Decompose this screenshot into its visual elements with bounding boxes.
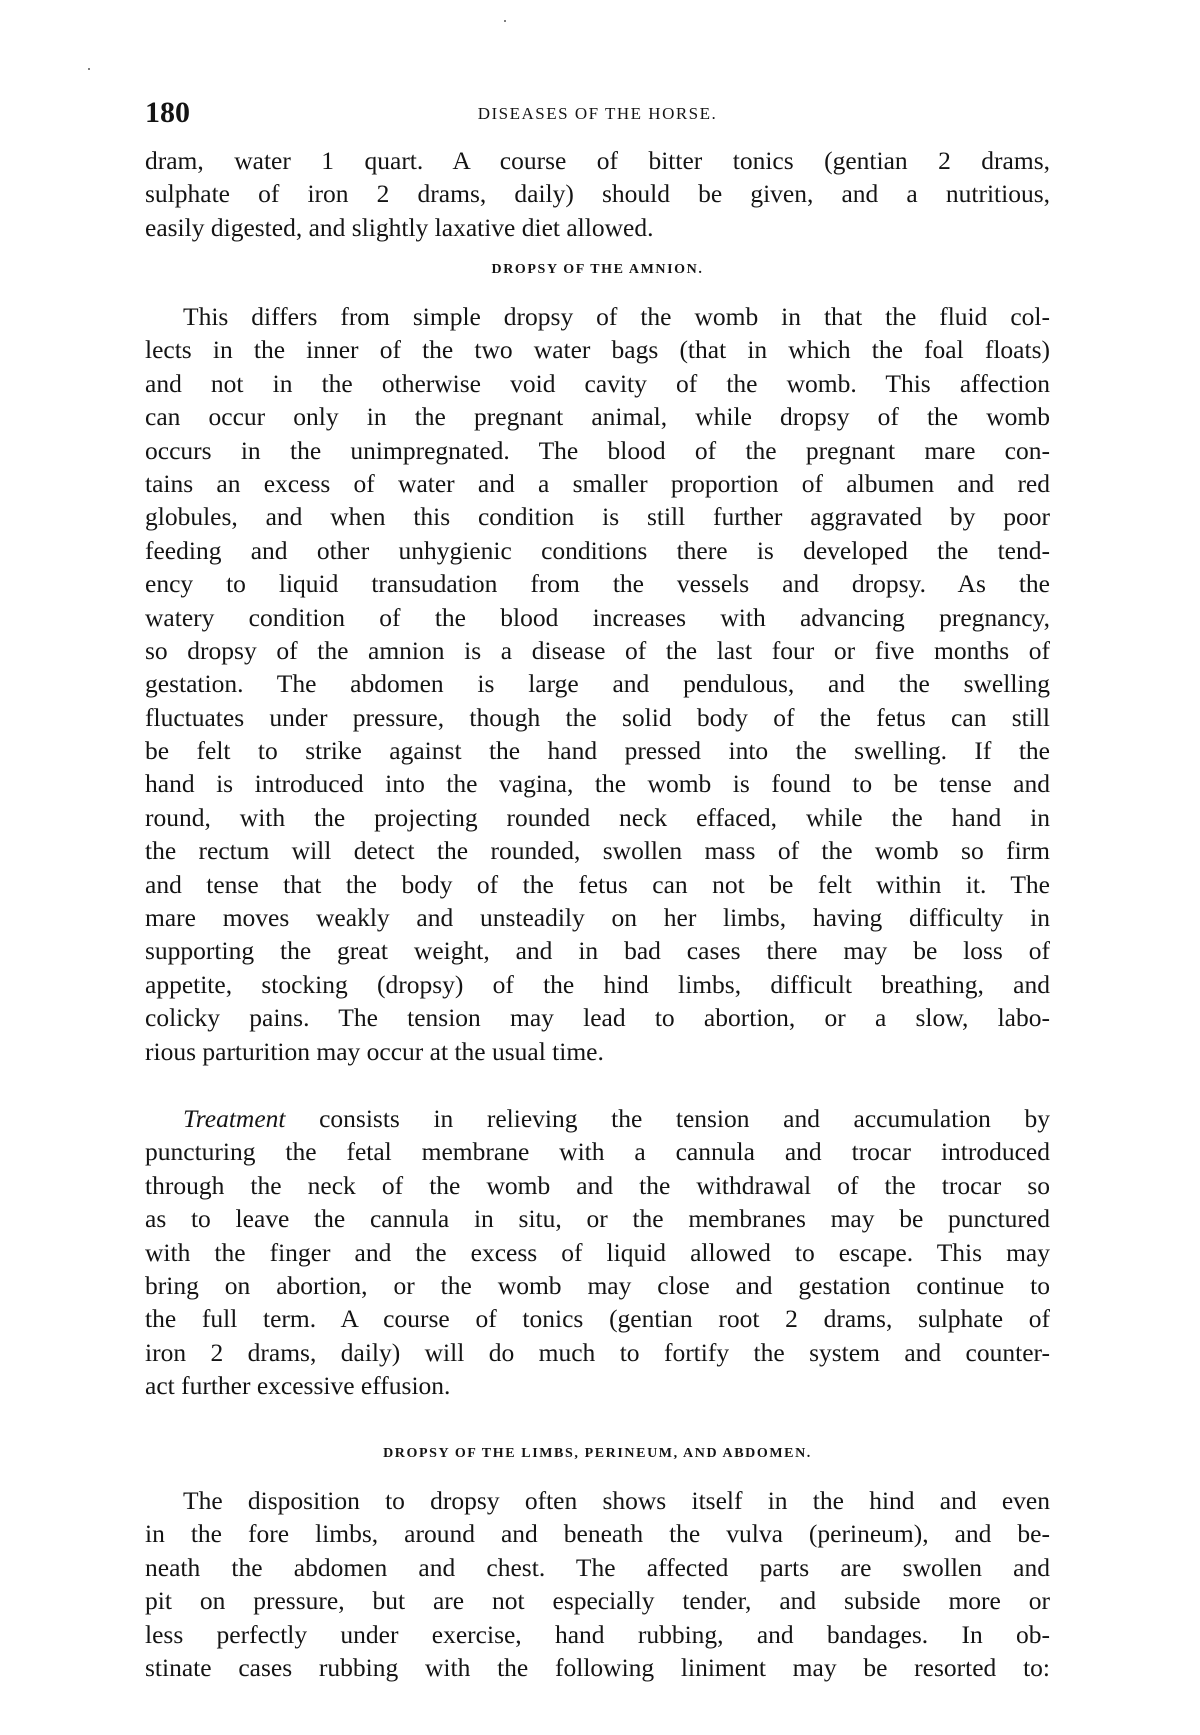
treatment-label: Treatment [183,1104,285,1133]
text-line: can occur only in the pregnant animal, w… [145,400,1050,433]
text-line: with the finger and the excess of liquid… [145,1236,1050,1269]
text-line: mare moves weakly and unsteadily on her … [145,901,1050,934]
text-fragment: consists in relieving the tension and ac… [285,1104,1050,1133]
text-line: This differs from simple dropsy of the w… [145,300,1050,333]
text-line: neath the abdomen and chest. The affecte… [145,1551,1050,1584]
text-line: fluctuates under pressure, though the so… [145,701,1050,734]
text-line: easily digested, and slightly laxative d… [145,211,1050,244]
book-page: 180 DISEASES OF THE HORSE. dram, water 1… [0,0,1200,1735]
text-line: as to leave the cannula in situ, or the … [145,1202,1050,1235]
text-line: iron 2 drams, daily) will do much to for… [145,1336,1050,1369]
section-heading-limbs: DROPSY OF THE LIMBS, PERINEUM, AND ABDOM… [145,1446,1050,1462]
text-line: colicky pains. The tension may lead to a… [145,1001,1050,1034]
text-line: watery condition of the blood increases … [145,601,1050,634]
text-line: tains an excess of water and a smaller p… [145,467,1050,500]
text-line: appetite, stocking (dropsy) of the hind … [145,968,1050,1001]
text-line: act further excessive effusion. [145,1369,1050,1402]
text-line: sulphate of iron 2 drams, daily) should … [145,177,1050,210]
text-line: round, with the projecting rounded neck … [145,801,1050,834]
text-line: less perfectly under exercise, hand rubb… [145,1618,1050,1651]
text-line: pit on pressure, but are not especially … [145,1584,1050,1617]
running-head: 180 DISEASES OF THE HORSE. [145,96,1050,136]
paragraph-amnion-treatment: Treatment consists in relieving the tens… [145,1102,1050,1403]
text-line: puncturing the fetal membrane with a can… [145,1135,1050,1168]
scan-speck [88,68,90,70]
text-line: through the neck of the womb and the wit… [145,1169,1050,1202]
text-line: occurs in the unimpregnated. The blood o… [145,434,1050,467]
text-line: bring on abortion, or the womb may close… [145,1269,1050,1302]
text-line: the rectum will detect the rounded, swol… [145,834,1050,867]
paragraph-amnion-description: This differs from simple dropsy of the w… [145,300,1050,1068]
text-line: and not in the otherwise void cavity of … [145,367,1050,400]
text-line: globules, and when this condition is sti… [145,500,1050,533]
text-line: the full term. A course of tonics (genti… [145,1302,1050,1335]
text-line: so dropsy of the amnion is a disease of … [145,634,1050,667]
text-line: rious parturition may occur at the usual… [145,1035,1050,1068]
text-line: gestation. The abdomen is large and pend… [145,667,1050,700]
text-line: The disposition to dropsy often shows it… [145,1484,1050,1517]
section-heading-amnion: DROPSY OF THE AMNION. [145,262,1050,278]
text-line: and tense that the body of the fetus can… [145,868,1050,901]
text-line: stinate cases rubbing with the following… [145,1651,1050,1684]
scan-speck [504,20,506,22]
text-line: Treatment consists in relieving the tens… [145,1102,1050,1135]
running-title: DISEASES OF THE HORSE. [145,104,1050,124]
text-line: supporting the great weight, and in bad … [145,934,1050,967]
text-line: be felt to strike against the hand press… [145,734,1050,767]
text-line: lects in the inner of the two water bags… [145,333,1050,366]
text-line: hand is introduced into the vagina, the … [145,767,1050,800]
text-line: dram, water 1 quart. A course of bitter … [145,144,1050,177]
text-line: in the fore limbs, around and beneath th… [145,1517,1050,1550]
continuation-paragraph: dram, water 1 quart. A course of bitter … [145,144,1050,244]
paragraph-limbs-description: The disposition to dropsy often shows it… [145,1484,1050,1684]
text-line: feeding and other unhygienic conditions … [145,534,1050,567]
text-line: ency to liquid transudation from the ves… [145,567,1050,600]
